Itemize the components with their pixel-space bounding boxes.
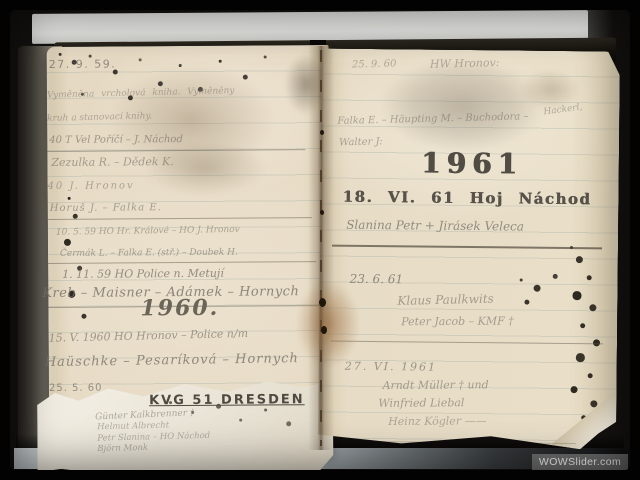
entry-name: Klaus Paulkwits [397,293,494,309]
photo-frame: 27. 9. 59. Vyměněna vrcholová kniha. Vym… [0,0,640,480]
entry-name: Björn Monk [97,444,148,455]
entry-route: HW Hronov: [430,57,500,71]
binding-hole [320,210,324,215]
entry-date: 23. 6. 61 [350,273,404,287]
year-heading-1960: 1960. [140,296,219,322]
binding-hole [321,326,327,334]
entry-name: Heinz Kögler —— [388,415,486,428]
entry-date: 27. VI. 1961 [345,361,437,375]
entry-names: Čermák L. – Falka E. (stř.) – Doubek H. [60,248,238,260]
entry-name: Peter Jacob – KMF † [401,315,514,328]
entry-route: 40 T Vel Poříčí – J. Náchod [49,134,183,146]
binding-hole [320,130,324,135]
entry-date: 25. 9. 60 [352,58,397,71]
entry-names: Slanina Petr + Jirásek Veleca [346,219,524,235]
entry-route: 1. 11. 59 HO Police n. Metují [62,268,224,282]
right-page: 25. 9. 60 HW Hronov: Hackerl, Falka E. –… [318,48,620,449]
entry-date: 25. 5. 60 [49,383,103,395]
entry-route-bold: 18. VI. 61 Hoj Náchod [342,189,591,209]
entry-names: Zezulka R. – Dědek K. [51,156,173,169]
entry-name: Arndt Müller † und [383,379,489,392]
entry-name: Winfried Liebal [378,397,464,410]
year-heading-1961: 1961 [421,147,523,180]
watermark[interactable]: WOWSlider.com [532,454,628,470]
entry-names: Horuš J. – Falka E. [50,202,162,214]
left-page: 27. 9. 59. Vyměněna vrcholová kniha. Vym… [47,45,332,455]
binding-hole [319,298,326,307]
entry-name: Walter J: [339,136,383,149]
entry-route: 40 J. Hronov [48,180,135,192]
notebook-photo: 27. 9. 59. Vyměněna vrcholová kniha. Vym… [10,10,630,470]
entry-date: 27. 9. 59. [49,59,117,72]
spine-brown-stain [296,280,360,368]
entry-club-dresden: KVG 51 DRESDEN [149,393,305,409]
